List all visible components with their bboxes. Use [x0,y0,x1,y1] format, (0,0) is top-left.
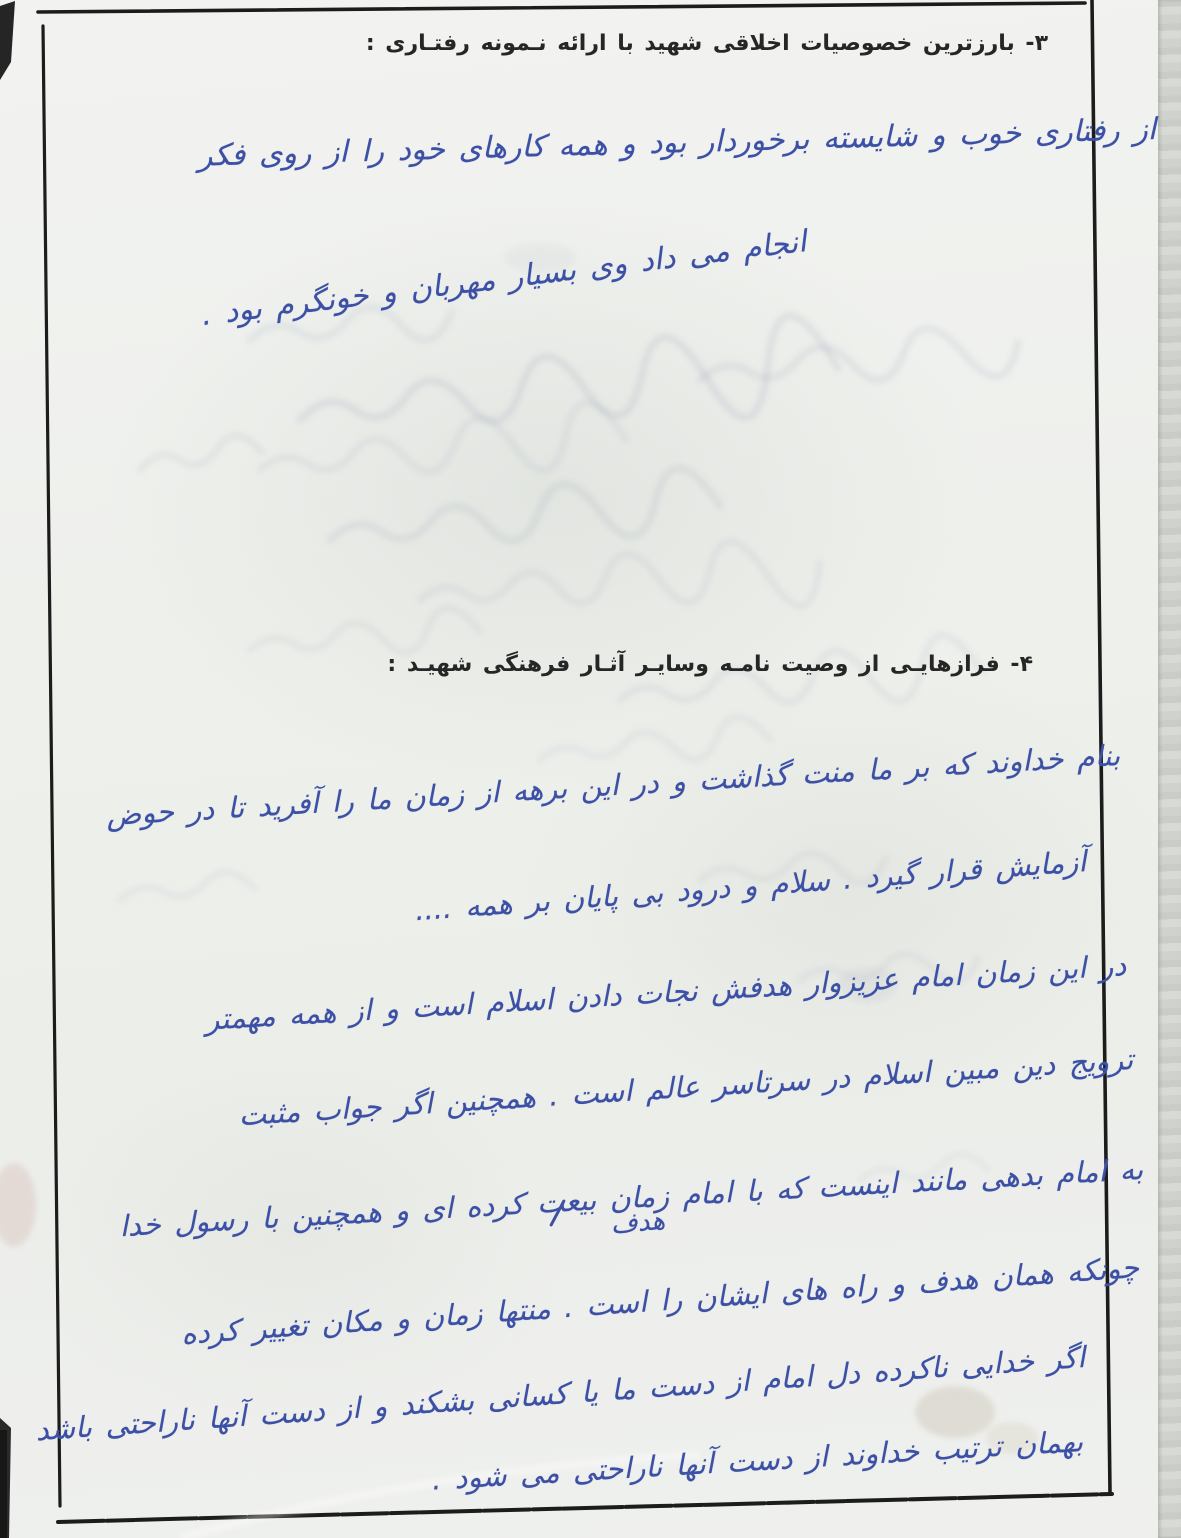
form-border-bottom [58,1494,1112,1522]
section4-heading: ۴- فرازهایـی از وصیت نامـه وسایـر آثـار … [387,652,1033,677]
scanned-form-page: ۳- بارزترین خصوصیات اخلاقی شهید با ارائه… [0,0,1181,1538]
bleed-through-marks [120,307,1018,1180]
form-border-left [43,26,60,1506]
section3-heading: ۳- بارزترین خصوصیات اخلاقی شهید با ارائه… [366,31,1048,56]
form-border-top [38,3,1085,12]
scanner-edge-strip [1158,0,1181,1538]
scan-edge-artifacts [0,1,15,1538]
